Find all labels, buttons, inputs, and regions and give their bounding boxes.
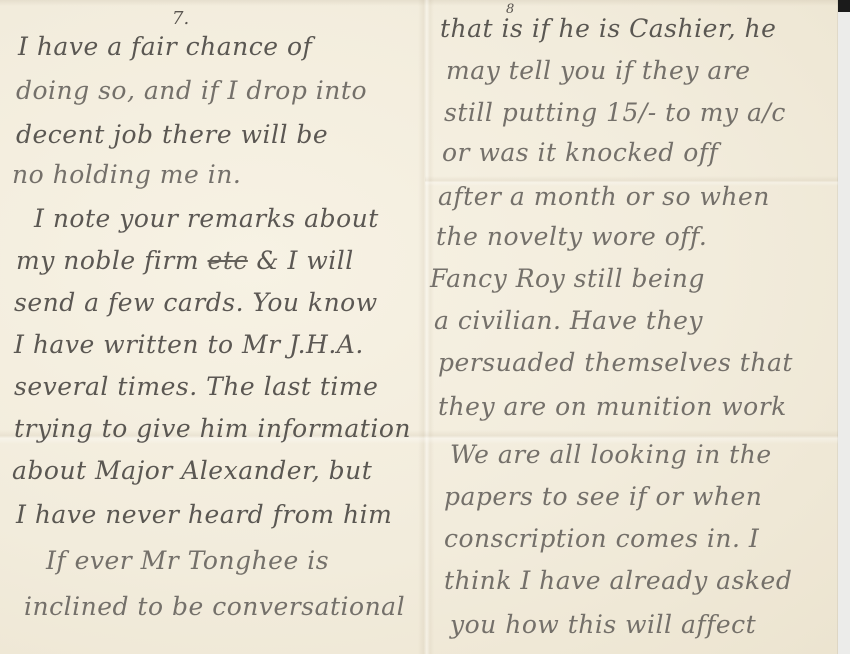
left-line-11: about Major Alexander, but <box>12 456 372 485</box>
right-line-9: persuaded themselves that <box>438 348 793 377</box>
right-line-7: Fancy Roy still being <box>430 264 705 293</box>
left-line-2: doing so, and if I drop into <box>16 76 367 105</box>
right-line-2: may tell you if they are <box>446 56 751 85</box>
right-line-14: think I have already asked <box>444 566 792 595</box>
left-line-7: send a few cards. You know <box>14 288 378 317</box>
left-line-6-text: my noble firm <box>16 246 199 275</box>
left-line-1: I have a fair chance of <box>18 32 312 61</box>
right-line-6: the novelty wore off. <box>436 222 707 251</box>
page-number-left: 7. <box>172 8 189 29</box>
left-line-9: several times. The last time <box>14 372 378 401</box>
right-line-10: they are on munition work <box>438 392 787 421</box>
right-line-4: or was it knocked off <box>442 138 718 167</box>
left-line-5: I note your remarks about <box>34 204 379 233</box>
scan-edge-strip <box>838 12 850 654</box>
left-line-6a: my noble firm etc & I will <box>16 246 354 275</box>
struck-word: etc <box>208 246 248 275</box>
scan-corner-shadow <box>838 0 850 12</box>
left-line-3: decent job there will be <box>16 120 328 149</box>
left-line-10: trying to give him information <box>14 414 411 443</box>
left-line-13: If ever Mr Tonghee is <box>46 546 329 575</box>
right-line-15: you how this will affect <box>450 610 756 639</box>
right-line-8: a civilian. Have they <box>434 306 703 335</box>
right-line-5: after a month or so when <box>438 182 770 211</box>
left-line-8: I have written to Mr J.H.A. <box>14 330 364 359</box>
left-line-6-tail: & I will <box>256 246 353 275</box>
right-line-3: still putting 15/- to my a/c <box>444 98 786 127</box>
right-line-12: papers to see if or when <box>444 482 762 511</box>
right-line-13: conscription comes in. I <box>444 524 759 553</box>
right-line-1: that is if he is Cashier, he <box>440 14 776 43</box>
right-line-11: We are all looking in the <box>450 440 772 469</box>
left-line-12: I have never heard from him <box>16 500 392 529</box>
left-line-14: inclined to be conversational <box>24 592 405 621</box>
left-line-4: no holding me in. <box>12 160 241 189</box>
vertical-fold-crease <box>418 0 434 654</box>
letter-sheet: 7. I have a fair chance of doing so, and… <box>0 0 838 654</box>
